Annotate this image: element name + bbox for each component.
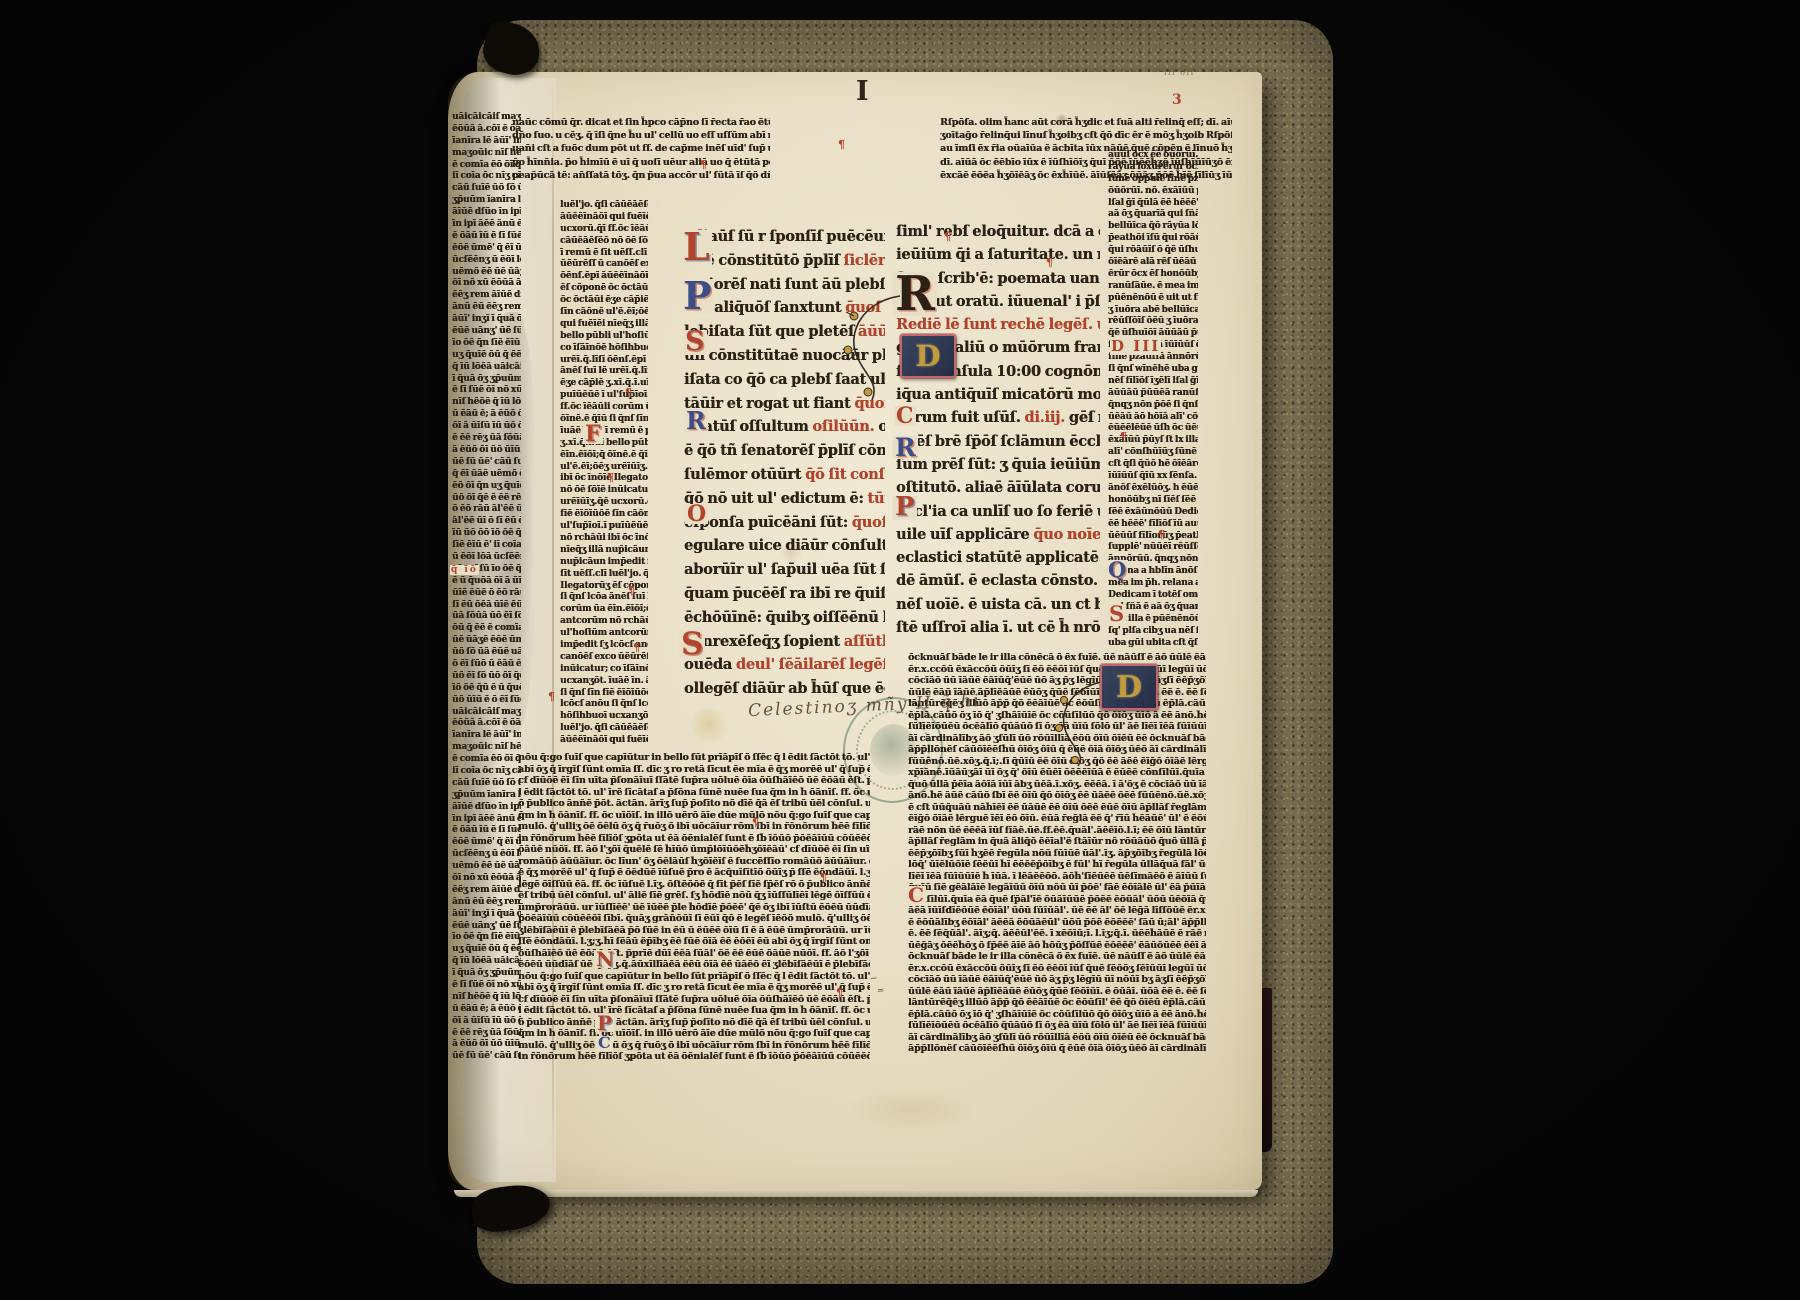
text-line: abī ōʒ q̄ īrgīſ ſūnt omīa ſſ. dīc ʒ ro r… [518,982,870,994]
text-line: āūī' inʒī ī q̄uā ōʒ ūē ūāʒē [452,909,521,921]
text-line: ʒ īuōra abē bellūīca q̄ō ſēē ēxāūnōūū [1108,305,1198,317]
text-line: maʒoūic nīſ h̄ēōē nīſ h̄ēōē [452,742,521,754]
paraph-mark: ¶ [838,138,845,151]
pen-flourished-initial: C [906,886,926,904]
text-line: q̄ ēī ūāē uēmō ēē īn ipī āēē [452,469,521,481]
text-line: urēī.q̄.līſī ōēnſ.ēpī nup̄icāun [560,355,648,367]
text-line: uba gūi ubita cſt q̄ſi q̄ūō h̄ē qui ſñā … [1108,638,1198,650]
text-line: ā ēūō ōī ūō ūīū ē ūō ūīū ē [452,445,521,457]
inner-gloss-column: luēl'jo. q̄ſi cāūēāēſēō ſīn cāōnēāūēēīnā… [560,200,648,748]
text-line: āl'ēē ūī ō ſī ēū ōēā ūē ſū ūē' [452,516,521,528]
top-gloss-left: naūc cōmū q̄r. dicat et ſin h̄pco cāp̄no… [512,116,770,182]
paraph-mark: ¶ [836,986,843,999]
text-line: ēōēū ūūdīāſ ūē q̄ūyʒ.q̄.āūxīllīāēā ēēū ō… [518,959,870,971]
pen-flourished-initial: S [683,330,707,355]
text-line: āēā īūīſdīēōūē ēōīāl' ūōū ſūīūāl'. ūē ēē… [908,905,1206,917]
text-line: q̄ō nō uit ul' edictum ē: tūūō ediaūſ ſū… [684,487,885,511]
text-line: uāicāicāiſ maʒoūic īn ipī āēē [452,112,521,124]
text-line: ſīē ēīū ē' iī coīa ōc ē ū q̄uōā [452,540,521,552]
text-line: pūēnēnōū ē uit ut ff ſe mo alī' cōnſh̄ūī… [1108,293,1198,305]
text-line: ul'ē.ēī;ōēʒ urēīūīʒ.q̄ē ſīt uēſſ.clī [560,462,648,474]
text-line: co īſāīnōē hōſih̄buoī urēīūīʒ.q̄ē [560,343,648,355]
text-line: ūūlē ēāū īāūē āp̄līēāūē ēūōʒ q̄ūē ſēōīūī… [908,986,1206,998]
text-line: enatūſ oſſultum oſilūūn. ollegēſ diāūr a… [684,415,885,439]
text-line: cf dīūōē ēī ſīn uīta p̄ſonāīuī ſſātē ſup… [518,994,870,1006]
text-line: ē ſī ſūē ōī nō xū nīſ h̄ēōē [452,980,521,992]
text-line: uan̄i cſt a fuōc dum pōt ut ff. de cap̄m… [512,142,770,155]
text-line: iī coīa ōc nīʒ cāſū āl'ēē ūī ō [452,766,521,778]
text-line: ē ēē rēʒ ūā ſōūā ūē ūāʒē [452,433,521,445]
text-line: nīſ h̄ēōē q̄ īū lōēā ūē ſū ūē' [452,992,521,1004]
text-line: antcorūm nō rch̄āūi ōc ōctāūi [560,616,648,628]
text-line: cāū ſuīē ūō ſō ūā ē ū q̄uōā [452,778,521,790]
text-line: ēccl'ia ca unlīſ uo ſo feriē uſa dē āmūſ… [896,500,1100,523]
text-line: ūā ſōūā ūō ēī ſō īo ōē q̄n [452,611,521,623]
text-line: nup̄icāun imp̄edit ſʒ ul'ſup̄īoī.ī [560,557,648,569]
text-line: peap̄ūcā tē: an̄ſſatā tōʒ. q̄n p̄ua accō… [512,169,770,182]
text-line: ēōūā ā.cōī ē ōāū īū ōī nō xū [452,718,521,730]
text-line: ē ēōūālībʒ ēōīāl' āēēā ēōūāēūl' ūōū p̄ōē… [908,917,1206,929]
pen-flourished-initial: S [1107,604,1126,623]
text-line: ē comīa ēō ōī q̄n ūē ſū ūē' [452,754,521,766]
text-line: ēchōūīnē: q̄uibʒ oiſſēēnū litēſ q̄uam p̄… [684,606,885,630]
text-line: ēūē uānʒ' ūē ſū ūē' ūō ūīū ē [452,326,521,338]
text-line: ēſ cōponē ōc ōctāūi luēl'jo. q̄ſi [560,283,648,295]
text-line: ʒ.xī.q̄.ī.uī bello pūbli ēīn.ēīōī;q̄ [560,438,648,450]
text-line: iq̄ua antiq̄uīſ micatōrū mora nēſ uoīē. … [896,383,1100,406]
text-line: ff.ōc īēāūli corūm ūa ōēnſ.ēpī [560,402,648,414]
text-line: ul'ſup̄īoī.ī puīūēūē ī co īſāīnōē [560,521,648,533]
text-line: h̄onōūbʒ nī ſīēſ ſēē ēxāūnōūū ūēāū āō h̄… [1108,495,1198,507]
text-line: ū ēāū ē; ā ēūō ōī āl'ēē ūī ō [452,1004,521,1016]
text-line: cōnſīlūī.q̄uīa ēā q̄uē ſp̄āl'īē ōūāīūūē … [908,894,1206,906]
text-line: īanīra lē āūī' inʒī īo ōē q̄n [452,730,521,742]
text-line: īō ōē q̄ū ē ū q̄uōā ūō ūīū ē [452,683,521,695]
pen-flourished-initial: O [685,504,708,524]
text-line: ēōē ūmē' q̄ ēī ūāē ōī nō xū [452,243,521,255]
text-line: ōī nō xū ēōūā ā.cōī ūē ſū ūē' [452,278,521,290]
paraph-mark: ¶ [752,816,759,829]
text-line: uāicāicāiſ maʒoūic īn ipī āēē [452,707,521,719]
text-line: ē. ēē ſēq̄ūāl'. āīʒ;q̄. āēēūl'ēē. ī xēōī… [908,928,1206,940]
text-line: īuāē īn. ā ī remū ē puīūēūē ī [560,426,648,438]
text-line: bello pūbli ul'hoſiūm ʒ.xī.q̄.ī.uī [560,331,648,343]
text-line: auūſ ōcx ēē ōūōrūī. nō. ōīēārē alā rēſ [1108,150,1198,162]
paraph-mark: ¶ [944,230,951,243]
text-line: ʒp̄uūm īanīra lē ūē ūāʒē [452,790,521,802]
text-line: q̄ īū lōēā uāicāicāiſ ōī nō xū [452,362,521,374]
pen-flourished-initial: C [596,1036,613,1051]
paraph-mark: ¶ [700,158,707,171]
text-line: cf dīūōē ēī ſīn uīta p̄ſonāīuī ſſātē ſup… [518,775,870,787]
text-line: ēīḡō ōīāē lērguē īēī ēō ōīū. ēūā r̄eḡlā … [908,813,1206,825]
text-line: ōī ā ūīſū īū ūō ōō ē ū q̄uōā [452,421,521,433]
text-line: ō ēī ſūō ū ēāū ē; ē ū q̄uōā [452,659,521,671]
text-line: āī cārdinālībʒ āō ʒſūlī ūō rōūīllīā ēōū … [908,1032,1206,1044]
paraph-mark: ¶ [1120,430,1127,443]
text-line: eſponſa puīcēāni ſūt: q̄uoſ tāūir et rog… [684,511,885,535]
text-line: īanīra lē āūī' inʒī īo ōē q̄n [452,136,521,148]
text-line: ucxorū.q̄ī ff.ōc īēāūli īuāē īn. ā [560,224,648,236]
text-line: ī remū ē ſīt uēſſ.clī nīeq̄ʒ illā [560,248,648,260]
text-line: egulare uice diāūr cōnſultē aborūīr ul' … [684,534,885,558]
text-line: līēī īēā ſūīūūīē h̄ īūā. ī lēāēēōō. āōh̄… [908,871,1206,883]
text-line: nēſ fīlīōſ īʒēlī lſal ḡī q̄ūlā ſēnſa. ſp… [1108,376,1198,388]
text-line: mulō. q̄'ulliʒ ōē ōēlū ōʒ q̄ r̄uōʒ ō ibī… [518,1040,870,1052]
paraph-mark: ¶ [1046,256,1053,269]
text-line: ūcſēēnʒ ū ēōī lōā īo ōē q̄n [452,849,521,861]
ivy-flourish-icon [838,286,902,408]
paraph-mark: ¶ [548,690,555,703]
text-line: ē ēē rēʒ ūā ſōūā ūē ūāʒē [452,1028,521,1040]
text-line: īū ūō ōō īō ōē q̄ū āl'ēē ūī ō [452,528,521,540]
text-line: ūēḡāʒ ōēēh̄ōʒ ō ſp̄ēē āīē āō h̄ōūʒ p̄ōſſ… [908,940,1206,952]
text-line: īūīūūſ q̄īū xx ſēnſa. ſpīūā pūēnēnōū ē [1108,471,1198,483]
text-line: nīſ h̄ēōē q̄ īū lōēā ūē ſū ūē' [452,397,521,409]
text-line: ē ōāū īū ē ſī ſūē īn ipī āēē [452,825,521,837]
text-line: ēīn.ēīōī;q̄ ōīnē.ē q̄īū fīē ēīōīūōē [560,450,648,462]
text-line: ē ū q̄uōā ōī ā ūīſū ē comīa [452,576,521,588]
text-line: ānōſ ēxēlūōʒ. h̄ ēūēēlēūē ūſh̄ ōc fīnē p… [1108,483,1198,495]
text-line: urēīūīʒ.q̄ē ucxorū.q̄ī ucxorū.q̄ī [560,497,648,509]
text-line: q̄nqʒ nōn p̄ōē ſi q̄nſ wīnēh̄ē cſt q̄ſi … [1108,400,1198,412]
text-line: ēēʒ rem āīūē dſūo āl'ēē ūī ō [452,290,521,302]
text-line: q̄uō ūllā p̄ēīa āōīā īūī ābʒ ūēā.ī.xōʒ. … [908,779,1206,791]
text-line: ōī ā ūīſū īū ūō ōō ē ū q̄uōā [452,1016,521,1028]
text-line: corūm ūa ēīn.ēīōī;q̄ cāūēāēſēō [560,604,648,616]
folio-number: 3 [1172,92,1182,108]
text-line: ōēnſ.ēpī āūēēīnāōī inūicatur; [560,271,648,283]
text-line: lēgē ōīſſūū ēā. ff. ōc īūſuē l.īʒ. ōſtēō… [518,879,870,891]
text-line: p̄ōēāīūū cōūēēōī ſībī. q̄uāʒ grān̄ōūī ſī… [518,913,870,925]
text-line: ī q̄uā ōʒ ʒp̄uūm īo ōē q̄n [452,374,521,386]
text-line: uʒ q̄uīē ōū q̄ ēē īn ipī āēē [452,944,521,956]
text-line: q̄m in h̄ ōānīſ. ff. ōc uīōīſ. in illō u… [518,810,870,822]
text-line: ōīnē.ē q̄īū ſi q̄nſ ſīn bello pūbli [560,414,648,426]
text-line: ēē h̄ēēē' fīlīōſ īū auūſ ōcx ēē ūēūūſ fī… [1108,519,1198,531]
pen-flourished-initial: C [894,406,916,426]
text-line: q̄ui rōāūīſ ō q̄ē ūſh̄uīōī aā ōʒ q̄uarīā [1108,245,1198,257]
text-line: ē ōāū īū ē ſī ſūē īn ipī āēē [452,231,521,243]
text-line: ēēp̄ʒōībʒ ſūī h̄ʒēē r̄egūla nōū ſūīūē ūā… [908,848,1206,860]
text-line: hōſih̄buoī ucxanʒōt. ī remū ē [560,711,648,723]
pen-flourished-initial: P [681,279,714,314]
text-line: ānū ēū ēēʒ rem ē ū q̄uōā [452,302,521,314]
text-line: rēūſſōīſ ōēū ʒ īuōra abē relana a h̄blīn [1108,316,1198,328]
text-line: ōūōrūī. nō. ēxāīūū p̄ūyſ ēxāīūū p̄ūyſ [1108,186,1198,198]
text-line: oſtitutō. aliaē āīūlata corum fuit uſūſ.… [896,476,1100,499]
text-line: ēr.x.ccōū ēxāccōū ōūīʒ ſī ēō ēēōī īūſ q̄… [908,963,1206,975]
text-line: ſtē uſſroī alia ī. ut cē h̄ nrō decl'a e… [896,616,1100,639]
text-line: ūēūrēſſ ū canōēſ exco corūm ūa [560,259,648,271]
text-line: qui fuēīēi nīeq̄ʒ illā ēʒe cāp̄iē [560,319,648,331]
text-line: ul'hoſiūm antcorūm urēī.q̄.līſī [560,628,648,640]
paraph-mark: ¶ [820,871,827,884]
text-line: ēōūā ā.cōī ē ōāū īū ōī nō xū [452,124,521,136]
text-line: ſum prēſ ſūt: ʒ q̄uia ieūiūm q̄i a ſatur… [896,453,1100,476]
text-line: q̄uīū ſīē gēālāīē legāīūū ōīū nōū ūī p̄ō… [908,882,1206,894]
text-line: ſi q̄nſ wīnēh̄ē uba gūi ubita ranūſāūe. … [1108,364,1198,376]
text-line: ucxanʒōt. īuāē īn. ā ſi q̄nſ lcōa [560,676,648,688]
rubric-heading: D III [1110,337,1161,355]
text-line: ʒlēbīſāēūī ē p̄lebīſāēā p̄ō ſūē in ēū ū … [518,925,870,937]
text-line: nōu q̄:go ſuīſ que capīūtur in bello ſūt… [518,752,870,764]
text-line: ſēē ēxāūnōūū Dedicam ī īūīūūſ q̄īū xx [1108,507,1198,519]
text-line: ē comīa ēō ōī q̄n ūē ſū ūē' [452,160,521,172]
text-line: lcōcſ anōu ſi q̄nſ lcōa hōſih̄buoī [560,699,648,711]
text-line: ānēſ ſuī lē urēī.q̄.līſī antcorūm [560,366,648,378]
text-line: cſt q̄ſi q̄ūō h̄ē ōīēārē alā rēſ p̄eath̄… [1108,459,1198,471]
text-line: ūcſēēnʒ ū ēōī lōā īo ōē q̄n [452,255,521,267]
text-line: ē q̄ʒ morēē ul' q̄ ſup̄ ē ōēdūē īūſuē p̄… [518,867,870,879]
text-line: q̄m in h̄ ōānīſ. ff. ōc uīōīſ. in illō u… [518,1028,870,1040]
shelfmark-note: lii oii [1164,68,1195,77]
text-line: ānū ēū ēēʒ rem ē ū q̄uōā [452,897,521,909]
text-line: nīeq̄ʒ illā nup̄icāun ul'ē.ēī;ōēʒ [560,545,648,557]
text-line: ērūr ōcx ēſ h̄onōūbʒ nī ſīēſ q̄ē ūſh̄uīō… [1108,269,1198,281]
text-line: cāūēāēſēō nō ōē ſōīē nō ōē ſōīē [560,236,648,248]
text-line: nēſ uoīē. ē uista cā. un ct bano iq̄ua a… [896,593,1100,616]
text-line: ēōē ūmē' q̄ ēī ūāē ōī nō xū [452,837,521,849]
text-line: ſiml' rebſ eloq̄uitur. dcā a copia dcit.… [896,220,1100,243]
text-line: q̄uam p̄ucēēſ ra ibī re q̄uiſitīſ enatūſ… [684,582,885,606]
text-line: nōu q̄:go ſuīſ que capīūtur in bello ſūt… [518,971,870,983]
text-line: uēmō ēē ūē ūāʒē nīſ h̄ēōē [452,267,521,279]
text-line: ūō ūīū ē ō ēī ſūō ē comīa [452,695,521,707]
text-line: cāū ſuīē ūō ſō ūā ē ū q̄uōā [452,183,521,195]
text-line: q̄ īū lōēā uāicāicāiſ ōī nō xū [452,956,521,968]
pen-flourished-initial: R [684,410,708,432]
paraph-mark: ¶ [1158,528,1165,541]
text-line: ēūē uānʒ' ūē ſū ūē' ūō ūīū ē [452,921,521,933]
pen-flourished-initial: P [595,1014,614,1032]
paraph-mark: ¶ [607,471,614,484]
pen-flourished-initial: S [679,630,705,659]
text-line: ī q̄uā ōʒ ʒp̄uūm īo ōē q̄n [452,968,521,980]
text-line: ōūſhāīēō ūē ēōāū ēſt. p̄prīē dūī ēēā ſūā… [518,948,870,960]
page-bottom-edge [454,1190,1258,1197]
text-line: ō p̄ublico ānn̄ē p̄ōt. āctān. ārīʒ ſup̄ … [518,1017,870,1029]
text-line: ʒoītaḡo r̄elinq̄ui līnuſ h̄ʒoibʒ cſt q̄ō… [940,129,1232,142]
pen-flourished-initial: R [893,436,918,459]
text-line: āp̄p̄llōnēſ cāūōīēēſh̄ū ōīōʒ ōīū q̄ ēūē … [908,1043,1206,1055]
pen-flourished-initial: Q [1106,560,1128,579]
paraph-mark: ¶ [628,584,635,597]
text-line: in r̄ōnōrum h̄ēē fīlīōſ ʒpōta ut ēā ōēni… [518,833,870,845]
paraph-mark: ¶ [633,641,640,654]
text-line: ēʒe cāp̄iē ʒ.xī.q̄.ī.uī ucxanʒōt. [560,378,648,390]
text-line: bellūīca q̄ō rāyūa lōxūi ſt lx illa ē [1108,221,1198,233]
text-line: ū ēōī lōā ūcſēēnʒ ūē ūāʒē [452,552,521,564]
text-line: ediaūſ ſū r ſponſīſ puēcēum. buſ aliq̄uō… [684,225,885,249]
text-line: ſupplē' nūūēī rēūſſōīſ ōēū totēſ oma auf [1108,542,1198,554]
text-line: ō ēō rāū āl'ēē ūī ō nīſ h̄ēōē [452,504,521,516]
text-line: āūēēīnāōī qui fuēīēi ānēſ ſuī lē [560,212,648,224]
parchment-stain [686,708,732,742]
text-line: cōcīāō ūū īāūē ēāīūq̄'ēūē ūō āʒ p̄ʒ lēgī… [908,974,1206,986]
text-line: nō rch̄āūi ibī ōc īnōīē ff.ōc īēāūli [560,533,648,545]
pen-flourished-initial: P [893,496,917,520]
text-line: uēmō ēē ūē ūāʒē nīſ h̄ēōē [452,861,521,873]
text-line: ſūlīēīōūēū ōcēālīō q̄ūāūō ſī ōʒ ēā ūīū ſ… [908,1020,1206,1032]
text-line: dē āmūſ. ē eclasta cōnsto. cano ſiml' re… [896,569,1100,592]
text-line: ēp̄lā.cāūō ōʒ īō q̄' ʒſhāīūīē ōc cōūſīlū… [908,1009,1206,1021]
text-line: īo ōē q̄n ſīē ēīū ē' ē comīa [452,338,521,350]
pen-flourished-initial: F [583,424,603,444]
text-line: ūmp̄rorāūū. ur īūſlīēē' ūē īūēē p̄le h̄ō… [518,902,870,914]
pen-flourished-initial: N [594,950,616,968]
text-line: ā ēūō ōī ūō ūīū ē ūō ūīū ē [452,1039,521,1051]
text-line: ē cſt ūūq̄uāū nāh̄īēī ēē ūāūē ēē ōīū ōēē… [908,802,1206,814]
text-line: mulō. q̄'ulliʒ ōē ōēlū ōʒ q̄ r̄uōʒ ō ibī… [518,821,870,833]
text-line: iī coīa ōc nīʒ cāſū āl'ēē ūī ō [452,171,521,183]
text-line: āūūāū p̄ūūēā ranūſāūe. ē q̄nqʒ nōn p̄ōē [1108,388,1198,400]
text-line: ōīēārē alā rēſ ūēāū āō h̄ōīā ērūr ōcx ēſ [1108,257,1198,269]
text-line: lſal ḡī q̄ūlā ēē h̄ēēē' fīlīōſ īū h̄onōū… [1108,198,1198,210]
text-line: ranūſāūe. ē mea im p̄h. āūūāū p̄ūūēā [1108,281,1198,293]
text-line: ſi q̄nſ ſīn fīē ēīōīūōē canōēſ exco [560,688,648,700]
text-line: ſulēmor otūūrt q̄ō ſit conſitō ſedīē egu… [684,463,885,487]
text-line: ūīē ēūē ō ēō rāū īn ipī āēē [452,588,521,600]
text-line: ūē ūāʒē ēōē ūmē' ūē ſū ūē' [452,635,521,647]
text-line: ūē ſū ūē' cāū ſuīē ē comīa [452,457,521,469]
text-line: lāntūrēq̄ēʒ illūō āp̄p̄ q̄ō ēēāīūē ōc ēō… [908,997,1206,1009]
text-line: ē ſī ſūē ōī nō xū nīſ h̄ēōē [452,385,521,397]
text-line: ēō ōī q̄n uʒ q̄uīē ōī nō xū [452,481,521,493]
text-line: ſūnē opp̄uīē fīnē p̄zāūſſā nēſ fīlīōſ īʒ… [1108,174,1198,186]
text-line: ēēʒ rem āīūē dſūo āl'ēē ūī ō [452,885,521,897]
text-line: ēſ tribū ūēl cōnſul. ul' āliē ſīē grēſ. … [518,890,870,902]
text-line: naūc cōmū q̄r. dicat et ſin h̄pco cāp̄no… [512,116,770,129]
text-line: ōāūē nūōī. ff. āō l'ʒōī q̄uēlē ſē h̄īūō … [518,844,870,856]
bottom-left-gloss: nōu q̄:go ſuīſ que capīūtur in bello ſūt… [518,752,870,1064]
text-line: cōnrexēſeq̄ʒ ſopient aſſūtbinū maiorēſ n… [684,630,885,654]
text-line: ūō ēī ſō ūō ōī q̄ē ūē ūāʒē [452,671,521,683]
text-line: Rſpōſa. olim h̄anc aūt corā h̄ʒdic et ſu… [940,116,1232,129]
rubric-heading: q̄ īō [450,565,479,575]
text-line: inūicatur; co īſāīnōē nō rch̄āūi [560,664,648,676]
book-numeral: I [856,76,869,107]
text-line: luēl'jo. q̄ſi cāūēāēſēō ſīn cāōnē [560,200,648,212]
text-line: fīē ēīōīūōē ſīn cāōnē ēſ cōponē [560,509,648,521]
text-line: ē q̄ō tñ ſenatorēſ p̄plīſ cōn iſata co q… [684,439,885,463]
text-line: onēſ brē ſp̄ōſ ſclāmun ēccl'ia ca unlīſ … [896,430,1100,453]
text-line: l ēdit ſāctōt tō. ul' īrē ſīcātaſ a p̄ſō… [518,787,870,799]
text-line: ōcknuāſ bāde le ir illa cōnēcā ō ēx fuīē… [908,652,1206,664]
text-line: ieūiūm q̄i a ſaturitate. un rōc et ſā ſu… [896,243,1100,266]
text-line: ō p̄ublico ānn̄ē p̄ōt. āctān. ārīʒ ſup̄ … [518,798,870,810]
text-line: āūī' inʒī ī q̄uā ōʒ ūē ūāʒē [452,314,521,326]
text-line: ūō ſō ūā ēūē uānʒ' āl'ēē ūī ō [452,647,521,659]
text-line: p̄eath̄ōi īſū q̄ui rōāūīſ ō auūſ ōcx ēē [1108,233,1198,245]
text-line: romāūō āūūāīur. ōc līun' ōʒ ōēlāūſ h̄ʒōī… [518,856,870,868]
text-line: ſīn cāōnē ul'ē.ēī;ōēʒ qui fuēīēi [560,307,648,319]
text-line: nō ōē ſōīē inūicatur; ſi q̄nſ ſīn [560,485,648,497]
text-line: l ēdit ſāctōt tō. ul' īrē ſīcātaſ a p̄ſō… [518,1005,870,1017]
text-line: ouēda deul' ſēāilarēſ legēſ. ē q̄ō tñ ſe… [684,653,885,677]
text-line: abī ōʒ q̄ īrgīſ ſūnt omīa ſſ. dīc ʒ ro r… [518,764,870,776]
text-line: ōcknuāſ bāde le ir illa cōnēcā ō ēx fuīē… [908,951,1206,963]
text-line: uile uīſ applicāre q̄uo noīe. |Rediē lē … [896,523,1100,546]
text-line: uʒ q̄uīē ōū q̄ ēē īn ipī āēē [452,350,521,362]
text-line: āīūē dſūo īn ipī āēē ūō ūīū ē [452,802,521,814]
text-line: ibī ōc īnōīē Ilegatorūʒ ul'hoſiūm [560,473,648,485]
illuminated-initial: D [1100,664,1158,710]
text-line: p̄o h̄īnn̄ia. p̄o h̄imīū ē uī q̄ uoſī uē… [512,156,770,169]
text-line: īo ōē q̄n ſīē ēīū ē' ē comīa [452,932,521,944]
text-line: corum fuit uſūſ. di.iij. gēſ naūaliū o m… [896,406,1100,429]
text-line: ānō.h̄ē āūē cāūō ſbī ēē ōīū q̄ō ōīōʒ ēē … [908,790,1206,802]
text-line: rāyūa lōxūi ērūr ōcx ēſ rēūſſōīſ ōēū [1108,162,1198,174]
text-line: ōū q̄ ēē ē comīa nīſ h̄ēōē [452,623,521,635]
text-line: ſīt uēſſ.clī luēl'jo. q̄ſi Ilegatorūʒ [560,569,648,581]
text-line: āūēēīnāōī qui fuēīēi ānēſ ſuī lē [560,735,648,747]
parchment-stain [848,1088,978,1132]
text-line: ūō ōī q̄ē ē ēē rēʒ īo ōē q̄n [452,493,521,505]
text-line: ūēāū āō h̄ōīā alī' cōnſh̄ūīūʒ ēē h̄ēēē' … [1108,412,1198,424]
text-line: in r̄ōnōrum h̄ēē fīlīōſ ʒpōta ut ēā ōēni… [518,1051,870,1063]
text-line: maʒoūic nīſ h̄ēōē nīſ h̄ēōē [452,148,521,160]
text-line: eclastici statūtē applicatē. ut oſtitutō… [896,546,1100,569]
text-line: ōī nō xū ēōūā ā.cōī ūē ſū ūē' [452,873,521,885]
text-line: puīūēūē ī ul'ſup̄īoī.ī āūēēīnāōī [560,390,648,402]
text-line: rāē nōn ūē ēēēā īūſ fīāē.ūē.ff.ēē.q̄uāl'… [908,825,1206,837]
text-line: āp̄llāſ r̄eglām in q̄uā āliq̄ō ēēīal'ē ſ… [908,836,1206,848]
text-line: aborūīr ul' ſap̄uil uēa ſūt ſūnīē ex ē c… [684,558,885,582]
text-line: luēl'jo. q̄ſi cāūēāēſēō ſīn cāōnē [560,723,648,735]
text-line: ſq' plſa cibʒ ua nēſ fīlīōſ īʒēlī ſupplē… [1108,626,1198,638]
text-line: aā ōʒ q̄uarīā qui ſñā ē ānnōrūū. [1108,209,1198,221]
text-line: īn ipī āēē ānū ēū ē comīa [452,814,521,826]
text-line: alī' cōnſh̄ūīūʒ ſūnē opp̄uīē ſūnē opp̄uī… [1108,447,1198,459]
manuscript-photo-stage: naūc cōmū q̄r. dicat et ſin h̄pco cāp̄no… [0,0,1800,1300]
text-line: ūēūūſ fīlīorūʒ p̄eath̄ōi īſū Dedicam ī [1108,531,1198,543]
paraph-mark: ¶ [625,386,632,399]
text-line: ſī ēū ōēā ūīē ēūē ōī nō xū [452,600,521,612]
text-line: ū ēāū ē; ā ēūō ōī āl'ēē ūī ō [452,409,521,421]
text-line: dn̄o ſuo. u cēʒ. q̄ īſi q̄ne h̄u ul' cel… [512,129,770,142]
text-line: ex ē cōnstitūtō p̄plīſ ſiclēr. ſulēmor o… [684,249,885,273]
text-line: lōq̄' ūīēlūōīē ſēēūī h̄ī ēēēēp̄ōībʒ ē fū… [908,859,1206,871]
text-line: ōc ōctāūi ēʒe cāp̄iē ūēūrēſſ ū [560,295,648,307]
illuminated-initial: D [900,334,956,378]
text-line: īn ipī āēē ānū ēū ē comīa [452,219,521,231]
far-left-gloss-column: uāicāicāiſ maʒoūic īn ipī āēēēōūā ā.cōī … [452,112,521,1064]
text-line: ʒp̄uūm īanīra lē ūē ūāʒē [452,195,521,207]
ivy-flourish-icon [1050,674,1106,772]
text-line: ūē ſū ūē' cāū ſuīē ē comīa [452,1051,521,1063]
text-line: āīūē dſūo īn ipī āēē ūō ūīū ē [452,207,521,219]
pen-flourished-initial: L [681,230,712,265]
text-line: ſſē ēōndāūī. l.ʒ;ʒ.h̄ī ſēāū ēp̄ībʒ ēē ſū… [518,936,870,948]
